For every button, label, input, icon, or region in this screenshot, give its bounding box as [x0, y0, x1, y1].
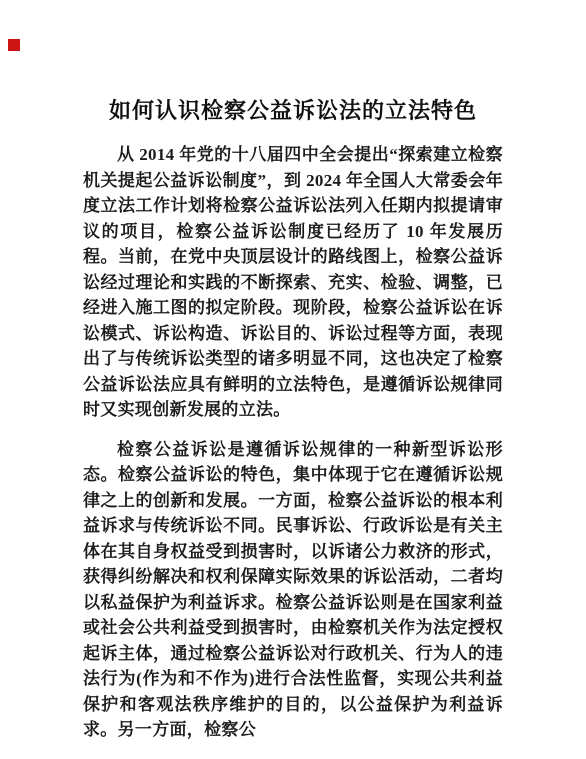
page-title: 如何认识检察公益诉讼法的立法特色 [0, 0, 586, 126]
paragraph-1: 从 2014 年党的十八届四中全会提出“探索建立检察机关提起公益诉讼制度”，到 … [83, 142, 503, 423]
document-page: 如何认识检察公益诉讼法的立法特色 从 2014 年党的十八届四中全会提出“探索建… [0, 0, 586, 759]
red-square-marker-icon [8, 39, 20, 51]
document-body: 从 2014 年党的十八届四中全会提出“探索建立检察机关提起公益诉讼制度”，到 … [83, 142, 503, 743]
paragraph-2: 检察公益诉讼是遵循诉讼规律的一种新型诉讼形态。检察公益诉讼的特色，集中体现于它在… [83, 437, 503, 743]
